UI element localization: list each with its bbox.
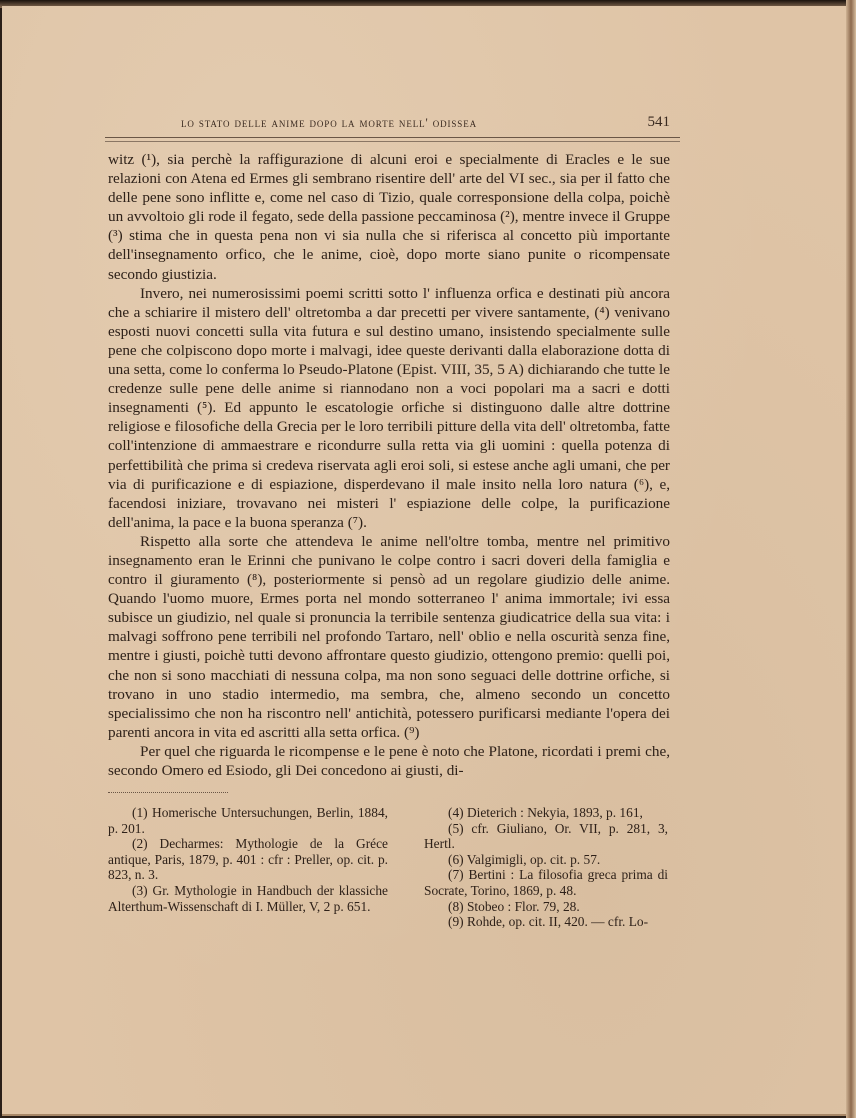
running-title: Lo stato delle anime dopo la morte nell'…	[181, 116, 477, 131]
footnotes-right-column: (4) Dieterich : Nekyia, 1893, p. 161, (5…	[424, 805, 668, 930]
paragraph: Rispetto alla sorte che attendeva le ani…	[108, 532, 670, 742]
footnote: (8) Stobeo : Flor. 79, 28.	[424, 899, 668, 915]
footnote: (4) Dieterich : Nekyia, 1893, p. 161,	[424, 805, 668, 821]
header-rule	[105, 137, 680, 142]
footnote: (9) Rohde, op. cit. II, 420. — cfr. Lo-	[424, 914, 668, 930]
footnote: (2) Decharmes: Mythologie de la Gréce an…	[108, 836, 388, 883]
footnote: (3) Gr. Mythologie in Handbuch der klass…	[108, 883, 388, 914]
running-header: Lo stato delle anime dopo la morte nell'…	[105, 112, 680, 136]
paragraph: Invero, nei numerosissimi poemi scritti …	[108, 284, 670, 532]
footnote: (1) Homerische Untersuchungen, Berlin, 1…	[108, 805, 388, 836]
footnotes-left-column: (1) Homerische Untersuchungen, Berlin, 1…	[108, 805, 388, 914]
page-number: 541	[648, 114, 671, 131]
footnote: (5) cfr. Giuliano, Or. VII, p. 281, 3, H…	[424, 821, 668, 852]
footnote: (7) Bertini : La filosofia greca prima d…	[424, 867, 668, 898]
body-text: witz (¹), sia perchè la raffigurazione d…	[108, 150, 670, 780]
footnote: (6) Valgimigli, op. cit. p. 57.	[424, 852, 668, 868]
page-stack-edge	[846, 0, 856, 1118]
paragraph: Per quel che riguarda le ricompense e le…	[108, 742, 670, 780]
footnote-separator	[108, 792, 228, 793]
paragraph: witz (¹), sia perchè la raffigurazione d…	[108, 150, 670, 284]
